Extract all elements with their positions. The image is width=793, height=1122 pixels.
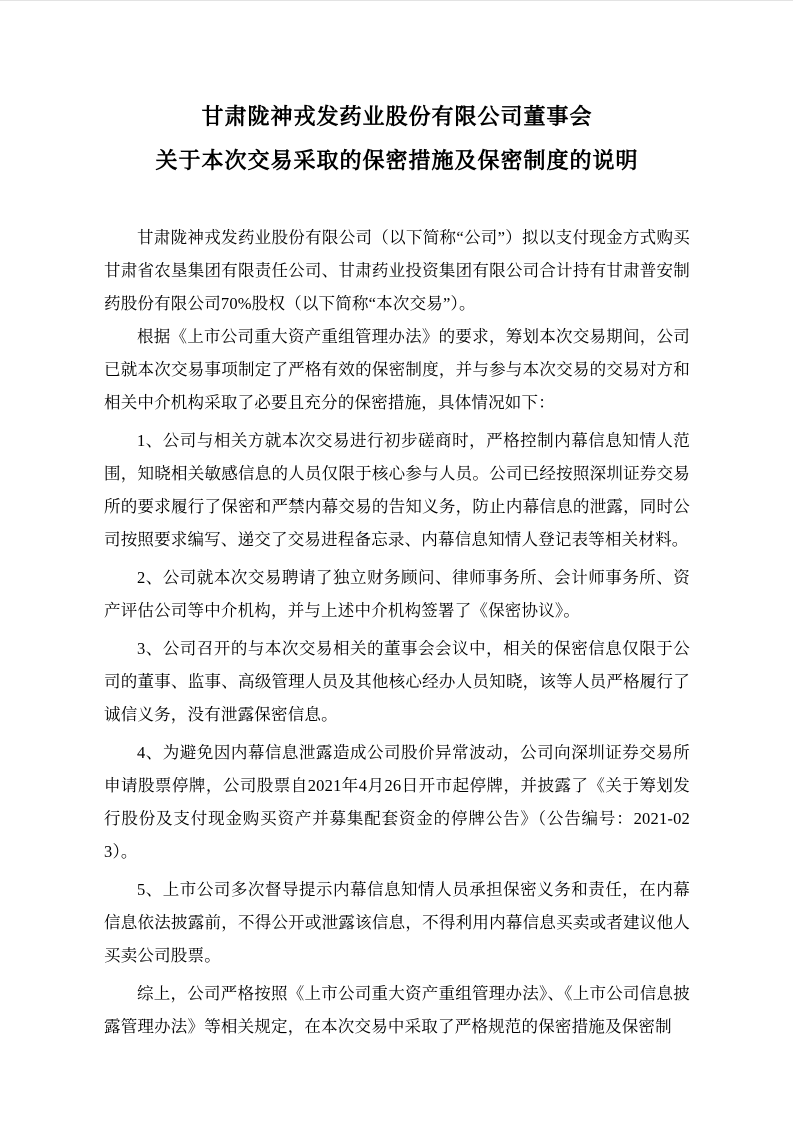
numbered-paragraph: 2、公司就本次交易聘请了独立财务顾问、律师事务所、会计师事务所、资产评估公司等中…: [104, 561, 690, 627]
numbered-paragraph: 5、上市公司多次督导提示内幕信息知情人员承担保密义务和责任，在内幕信息依法披露前…: [104, 873, 690, 972]
document-body: 甘肃陇神戎发药业股份有限公司（以下简称“公司”）拟以支付现金方式购买甘肃省农垦集…: [104, 221, 690, 1043]
paragraph: 综上，公司严格按照《上市公司重大资产重组管理办法》、《上市公司信息披露管理办法》…: [104, 977, 690, 1043]
document-title-line1: 甘肃陇神戎发药业股份有限公司董事会: [104, 95, 690, 139]
paragraph: 甘肃陇神戎发药业股份有限公司（以下简称“公司”）拟以支付现金方式购买甘肃省农垦集…: [104, 221, 690, 320]
document-title-line2: 关于本次交易采取的保密措施及保密制度的说明: [104, 139, 690, 183]
numbered-paragraph: 4、为避免因内幕信息泄露造成公司股价异常波动，公司向深圳证券交易所申请股票停牌，…: [104, 736, 690, 868]
document-page: 甘肃陇神戎发药业股份有限公司董事会 关于本次交易采取的保密措施及保密制度的说明 …: [0, 0, 793, 1122]
numbered-paragraph: 3、公司召开的与本次交易相关的董事会会议中，相关的保密信息仅限于公司的董事、监事…: [104, 632, 690, 731]
numbered-paragraph: 1、公司与相关方就本次交易进行初步磋商时，严格控制内幕信息知情人范围，知晓相关敏…: [104, 424, 690, 556]
paragraph: 根据《上市公司重大资产重组管理办法》的要求，筹划本次交易期间，公司已就本次交易事…: [104, 320, 690, 419]
